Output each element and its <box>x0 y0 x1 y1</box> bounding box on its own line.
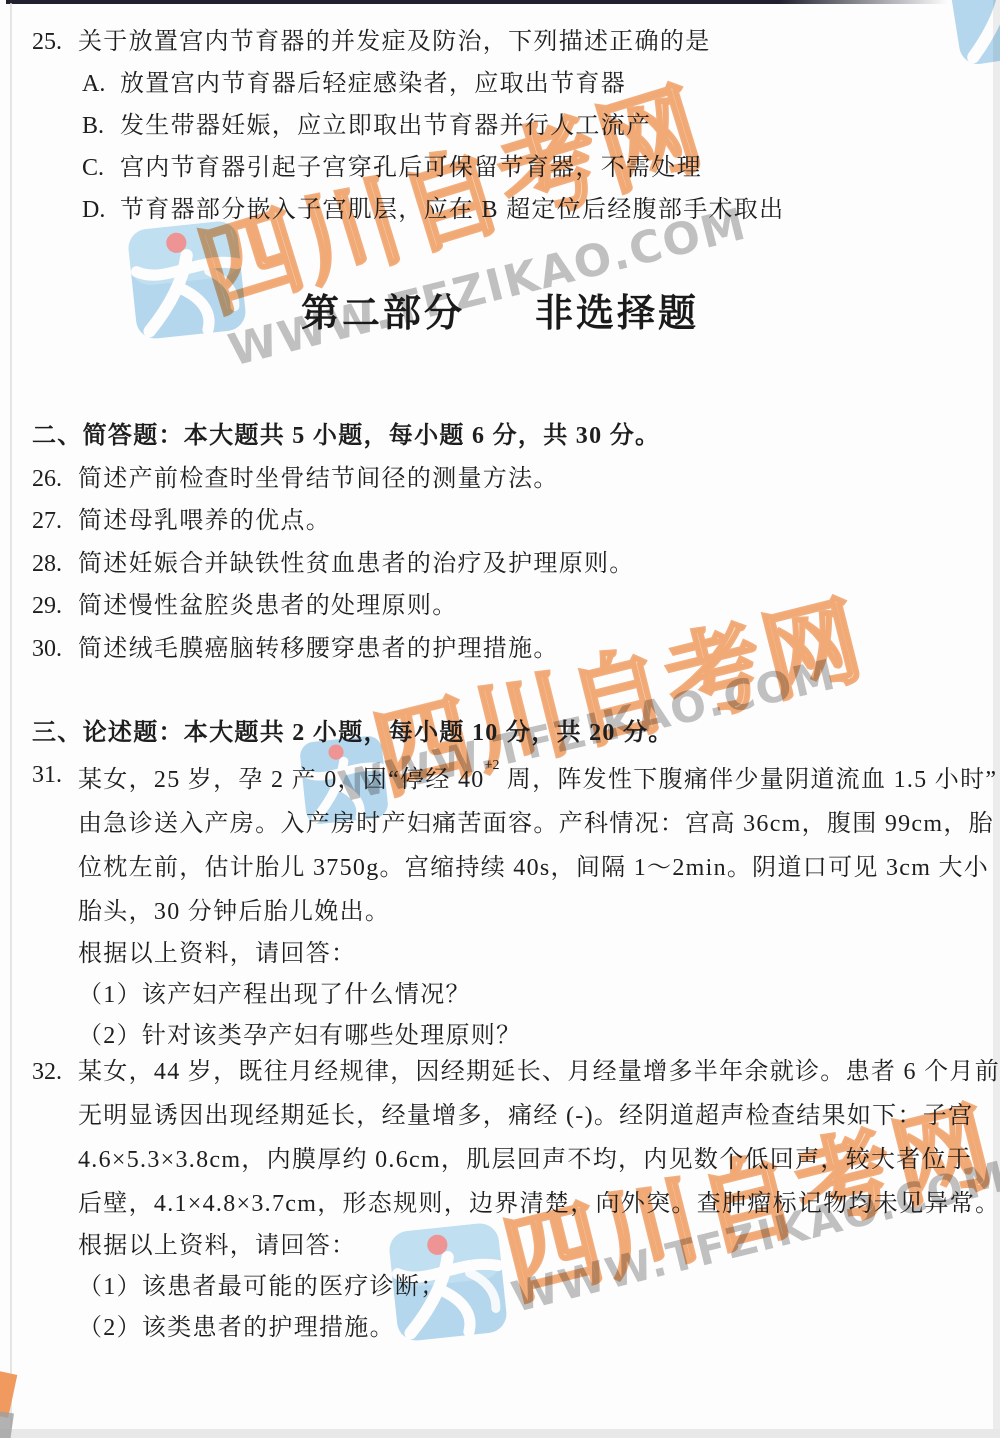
scan-corner-orange-mark <box>0 1370 17 1418</box>
option-text: 节育器部分嵌入子宫肌层，应在 B 超定位后经腹部手术取出 <box>120 189 784 231</box>
scan-edge-right <box>993 0 1000 1438</box>
scan-edge-left-line <box>10 3 12 1428</box>
short-answer-item-28: 28. 简述妊娠合并缺铁性贫血患者的治疗及护理原则。 <box>32 543 660 586</box>
exam-scan-page: 25. 关于放置宫内节育器的并发症及防治，下列描述正确的是 A. 放置宫内节育器… <box>0 0 1000 1438</box>
question-25-block: 25. 关于放置宫内节育器的并发症及防治，下列描述正确的是 A. 放置宫内节育器… <box>32 21 784 231</box>
sub-question-1: （1）该患者最可能的医疗诊断； <box>78 1267 970 1308</box>
option-row-c: C. 宫内节育器引起子宫穿孔后可保留节育器，不需处理 <box>82 147 784 189</box>
option-row-a: A. 放置宫内节育器后轻症感染者，应取出节育器 <box>82 63 784 105</box>
short-answer-section: 二、简答题：本大题共 5 小题，每小题 6 分，共 30 分。 26. 简述产前… <box>32 415 660 670</box>
case-line-4: 后壁，4.1×4.8×3.7cm，形态规则，边界清楚，向外突。查肿瘤标记物均未见… <box>78 1182 970 1226</box>
case-line-text: 某女，25 岁，孕 2 产 0，因“停经 40 <box>78 767 485 793</box>
case-line-3: 位枕左前，估计胎儿 3750g。宫缩持续 40s，间隔 1～2min。阴道口可见… <box>78 846 970 890</box>
scan-edge-bottom <box>0 1429 1000 1438</box>
item-number: 28. <box>32 543 78 586</box>
item-text: 简述慢性盆腔炎患者的处理原则。 <box>78 585 458 628</box>
part-label: 第二部分 <box>301 293 465 335</box>
question-stem: 关于放置宫内节育器的并发症及防治，下列描述正确的是 <box>78 21 711 63</box>
case-paragraph: 某女，25 岁，孕 2 产 0，因“停经 40+2 周，阵发性下腹痛伴少量阴道流… <box>78 753 970 1057</box>
question-number: 31. <box>32 753 78 797</box>
case-line-2: 无明显诱因出现经期延长，经量增多，痛经 (-)。经阴道超声检查结果如下：子宫 <box>78 1094 970 1138</box>
short-answer-item-30: 30. 简述绒毛膜癌脑转移腰穿患者的护理措施。 <box>32 628 660 671</box>
case-question-32: 32. 某女，44 岁，既往月经规律，因经期延长、月经量增多半年余就诊。患者 6… <box>32 1050 970 1349</box>
item-number: 26. <box>32 458 78 501</box>
essay-section-heading: 三、论述题：本大题共 2 小题，每小题 10 分，共 20 分。 <box>32 712 674 754</box>
short-answer-item-26: 26. 简述产前检查时坐骨结节间径的测量方法。 <box>32 458 660 501</box>
section-heading-text: 三、论述题：本大题共 2 小题，每小题 10 分，共 20 分。 <box>32 720 674 746</box>
short-answer-item-27: 27. 简述母乳喂养的优点。 <box>32 500 660 543</box>
case-line-3: 4.6×5.3×3.8cm，内膜厚约 0.6cm，肌层回声不均，内见数个低回声，… <box>78 1138 970 1182</box>
scan-edge-top <box>6 0 948 4</box>
option-row-d: D. 节育器部分嵌入子宫肌层，应在 B 超定位后经腹部手术取出 <box>82 189 784 231</box>
case-line-2: 由急诊送入产房。入产房时产妇痛苦面容。产科情况：宫高 36cm，腹围 99cm，… <box>78 802 970 846</box>
section-heading-text: 二、简答题：本大题共 5 小题，每小题 6 分，共 30 分。 <box>32 415 660 458</box>
sub-question-2: （2）该类患者的护理措施。 <box>78 1308 970 1349</box>
item-text: 简述母乳喂养的优点。 <box>78 500 331 543</box>
case-line-4: 胎头，30 分钟后胎儿娩出。 <box>78 890 970 934</box>
sub-question-1: （1）该产妇产程出现了什么情况？ <box>78 975 970 1016</box>
question-25-stem-row: 25. 关于放置宫内节育器的并发症及防治，下列描述正确的是 <box>32 21 784 63</box>
item-text: 简述妊娠合并缺铁性贫血患者的治疗及护理原则。 <box>78 543 635 586</box>
option-text: 放置宫内节育器后轻症感染者，应取出节育器 <box>120 63 626 105</box>
part-two-heading: 第二部分非选择题 <box>0 292 1000 336</box>
case-line-1: 某女，44 岁，既往月经规律，因经期延长、月经量增多半年余就诊。患者 6 个月前 <box>78 1050 970 1094</box>
option-row-b: B. 发生带器妊娠，应立即取出节育器并行人工流产 <box>82 105 784 147</box>
part-title: 非选择题 <box>535 293 699 335</box>
section-heading: 二、简答题：本大题共 5 小题，每小题 6 分，共 30 分。 <box>32 415 660 458</box>
case-question-31: 31. 某女，25 岁，孕 2 产 0，因“停经 40+2 周，阵发性下腹痛伴少… <box>32 753 970 1057</box>
option-label: B. <box>82 105 120 147</box>
question-number: 25. <box>32 21 78 63</box>
option-text: 宫内节育器引起子宫穿孔后可保留节育器，不需处理 <box>120 147 702 189</box>
site-logo-icon <box>944 0 1000 68</box>
item-number: 27. <box>32 500 78 543</box>
prompt-line: 根据以上资料，请回答： <box>78 934 970 975</box>
case-line-1: 某女，25 岁，孕 2 产 0，因“停经 40+2 周，阵发性下腹痛伴少量阴道流… <box>78 753 970 802</box>
case-line-text: 周，阵发性下腹痛伴少量阴道流血 1.5 小时” <box>499 767 997 793</box>
option-label: A. <box>82 63 120 105</box>
case-paragraph: 某女，44 岁，既往月经规律，因经期延长、月经量增多半年余就诊。患者 6 个月前… <box>78 1050 970 1349</box>
item-number: 29. <box>32 585 78 628</box>
item-text: 简述产前检查时坐骨结节间径的测量方法。 <box>78 458 559 501</box>
option-label: D. <box>82 189 120 231</box>
gestation-superscript: +2 <box>485 758 500 773</box>
option-label: C. <box>82 147 120 189</box>
short-answer-item-29: 29. 简述慢性盆腔炎患者的处理原则。 <box>32 585 660 628</box>
logo-head-dot <box>165 232 187 254</box>
prompt-line: 根据以上资料，请回答： <box>78 1226 970 1267</box>
option-text: 发生带器妊娠，应立即取出节育器并行人工流产 <box>120 105 651 147</box>
question-number: 32. <box>32 1050 78 1094</box>
item-number: 30. <box>32 628 78 671</box>
item-text: 简述绒毛膜癌脑转移腰穿患者的护理措施。 <box>78 628 559 671</box>
